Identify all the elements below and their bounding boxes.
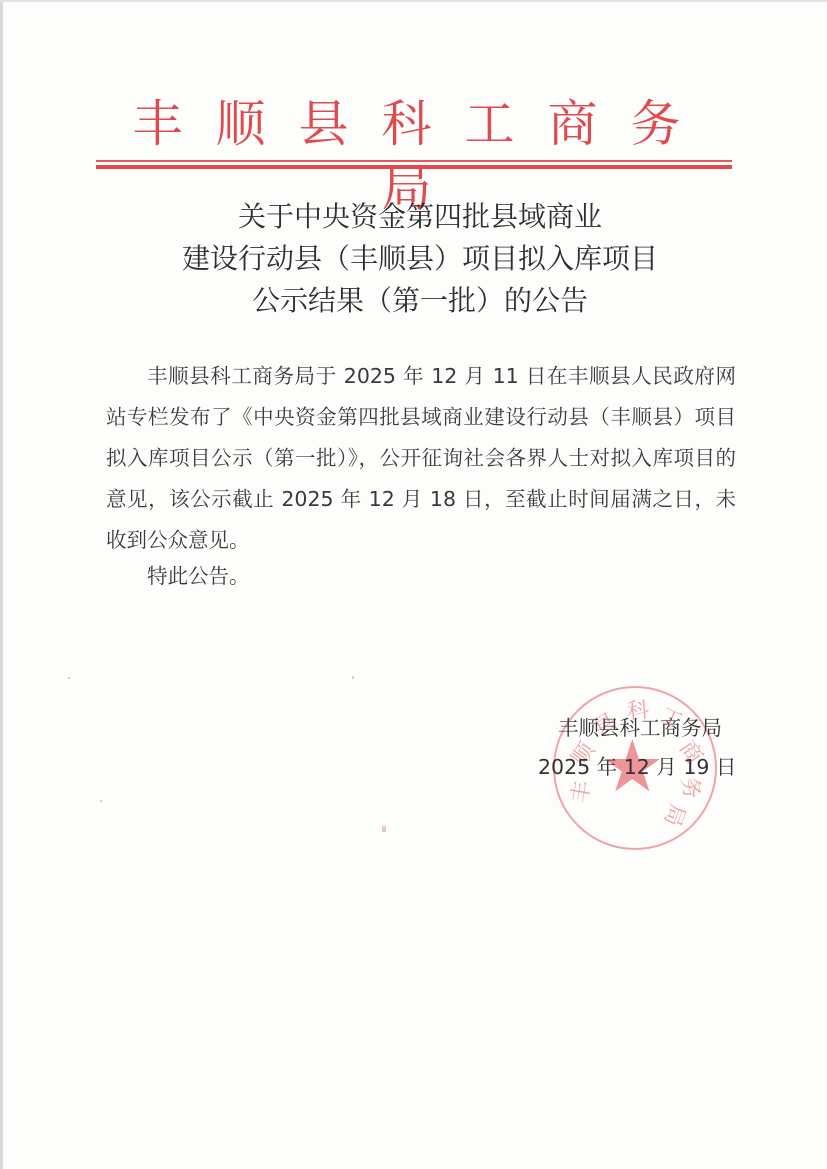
title-line: 公示结果（第一批）的公告	[130, 280, 710, 322]
scan-edge	[0, 0, 827, 2]
seal-char: 丰	[563, 778, 597, 805]
scan-speck	[100, 800, 102, 802]
letterhead-rule-thin	[96, 160, 732, 162]
document-body: 丰顺县科工商务局于 2025 年 12 月 11 日在丰顺县人民政府网站专栏发布…	[106, 356, 736, 561]
scan-edge	[0, 0, 3, 1169]
body-paragraph: 丰顺县科工商务局于 2025 年 12 月 11 日在丰顺县人民政府网站专栏发布…	[106, 356, 736, 561]
document-title: 关于中央资金第四批县域商业 建设行动县（丰顺县）项目拟入库项目 公示结果（第一批…	[130, 196, 710, 322]
scan-speck	[382, 826, 386, 832]
scan-speck	[68, 677, 70, 679]
scan-speck	[352, 676, 354, 679]
document-page: 丰顺县科工商务局 关于中央资金第四批县域商业 建设行动县（丰顺县）项目拟入库项目…	[0, 0, 827, 1169]
closing-remark: 特此公告。	[147, 561, 250, 591]
seal-char: 局	[658, 800, 695, 831]
signature-date: 2025 年 12 月 19 日	[538, 753, 736, 781]
title-line: 关于中央资金第四批县域商业	[130, 196, 710, 238]
signature-org: 丰顺县科工商务局	[558, 714, 722, 742]
title-line: 建设行动县（丰顺县）项目拟入库项目	[130, 238, 710, 280]
letterhead-rule-thick	[96, 165, 732, 169]
